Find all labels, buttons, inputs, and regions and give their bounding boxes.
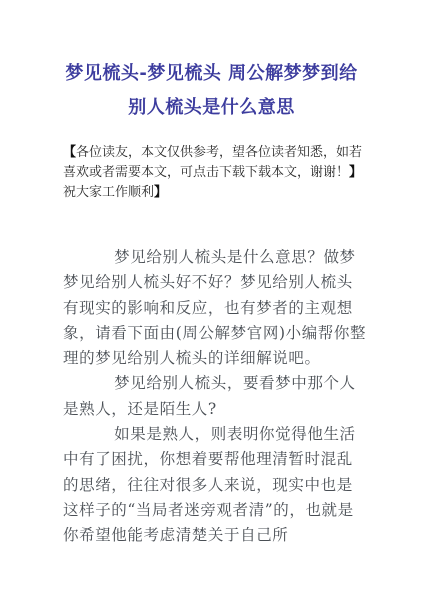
notice-wish: 祝大家工作顺利 <box>63 185 154 200</box>
paragraph-familiar: 如果是熟人，则表明你觉得他生活中有了困扰，你想着要帮他理清暂时混乱的思绪，往往对… <box>63 422 368 548</box>
notice-open-bracket: 【 <box>63 145 76 160</box>
paragraph-intro: 梦见给别人梳头是什么意思？做梦梦见给别人梳头好不好？梦见给别人梳头有现实的影响和… <box>63 245 368 371</box>
paragraph-question: 梦见给别人梳头，要看梦中那个人是熟人，还是陌生人? <box>63 371 368 422</box>
notice-mid-bracket: 】 <box>349 165 362 180</box>
document-title-line-2: 别人梳头是什么意思 <box>0 93 423 119</box>
notice-close-bracket: 】 <box>154 185 167 200</box>
notice-text: 各位读友，本文仅供参考，望各位读者知悉，如若喜欢或者需要本文，可点击下载下载本文… <box>63 145 362 180</box>
article-body: 梦见给别人梳头是什么意思？做梦梦见给别人梳头好不好？梦见给别人梳头有现实的影响和… <box>63 245 368 549</box>
download-notice: 【各位读友，本文仅供参考，望各位读者知悉，如若喜欢或者需要本文，可点击下载下载本… <box>63 143 363 203</box>
document-title-line-1: 梦见梳头-梦见梳头 周公解梦梦到给 <box>0 59 423 85</box>
